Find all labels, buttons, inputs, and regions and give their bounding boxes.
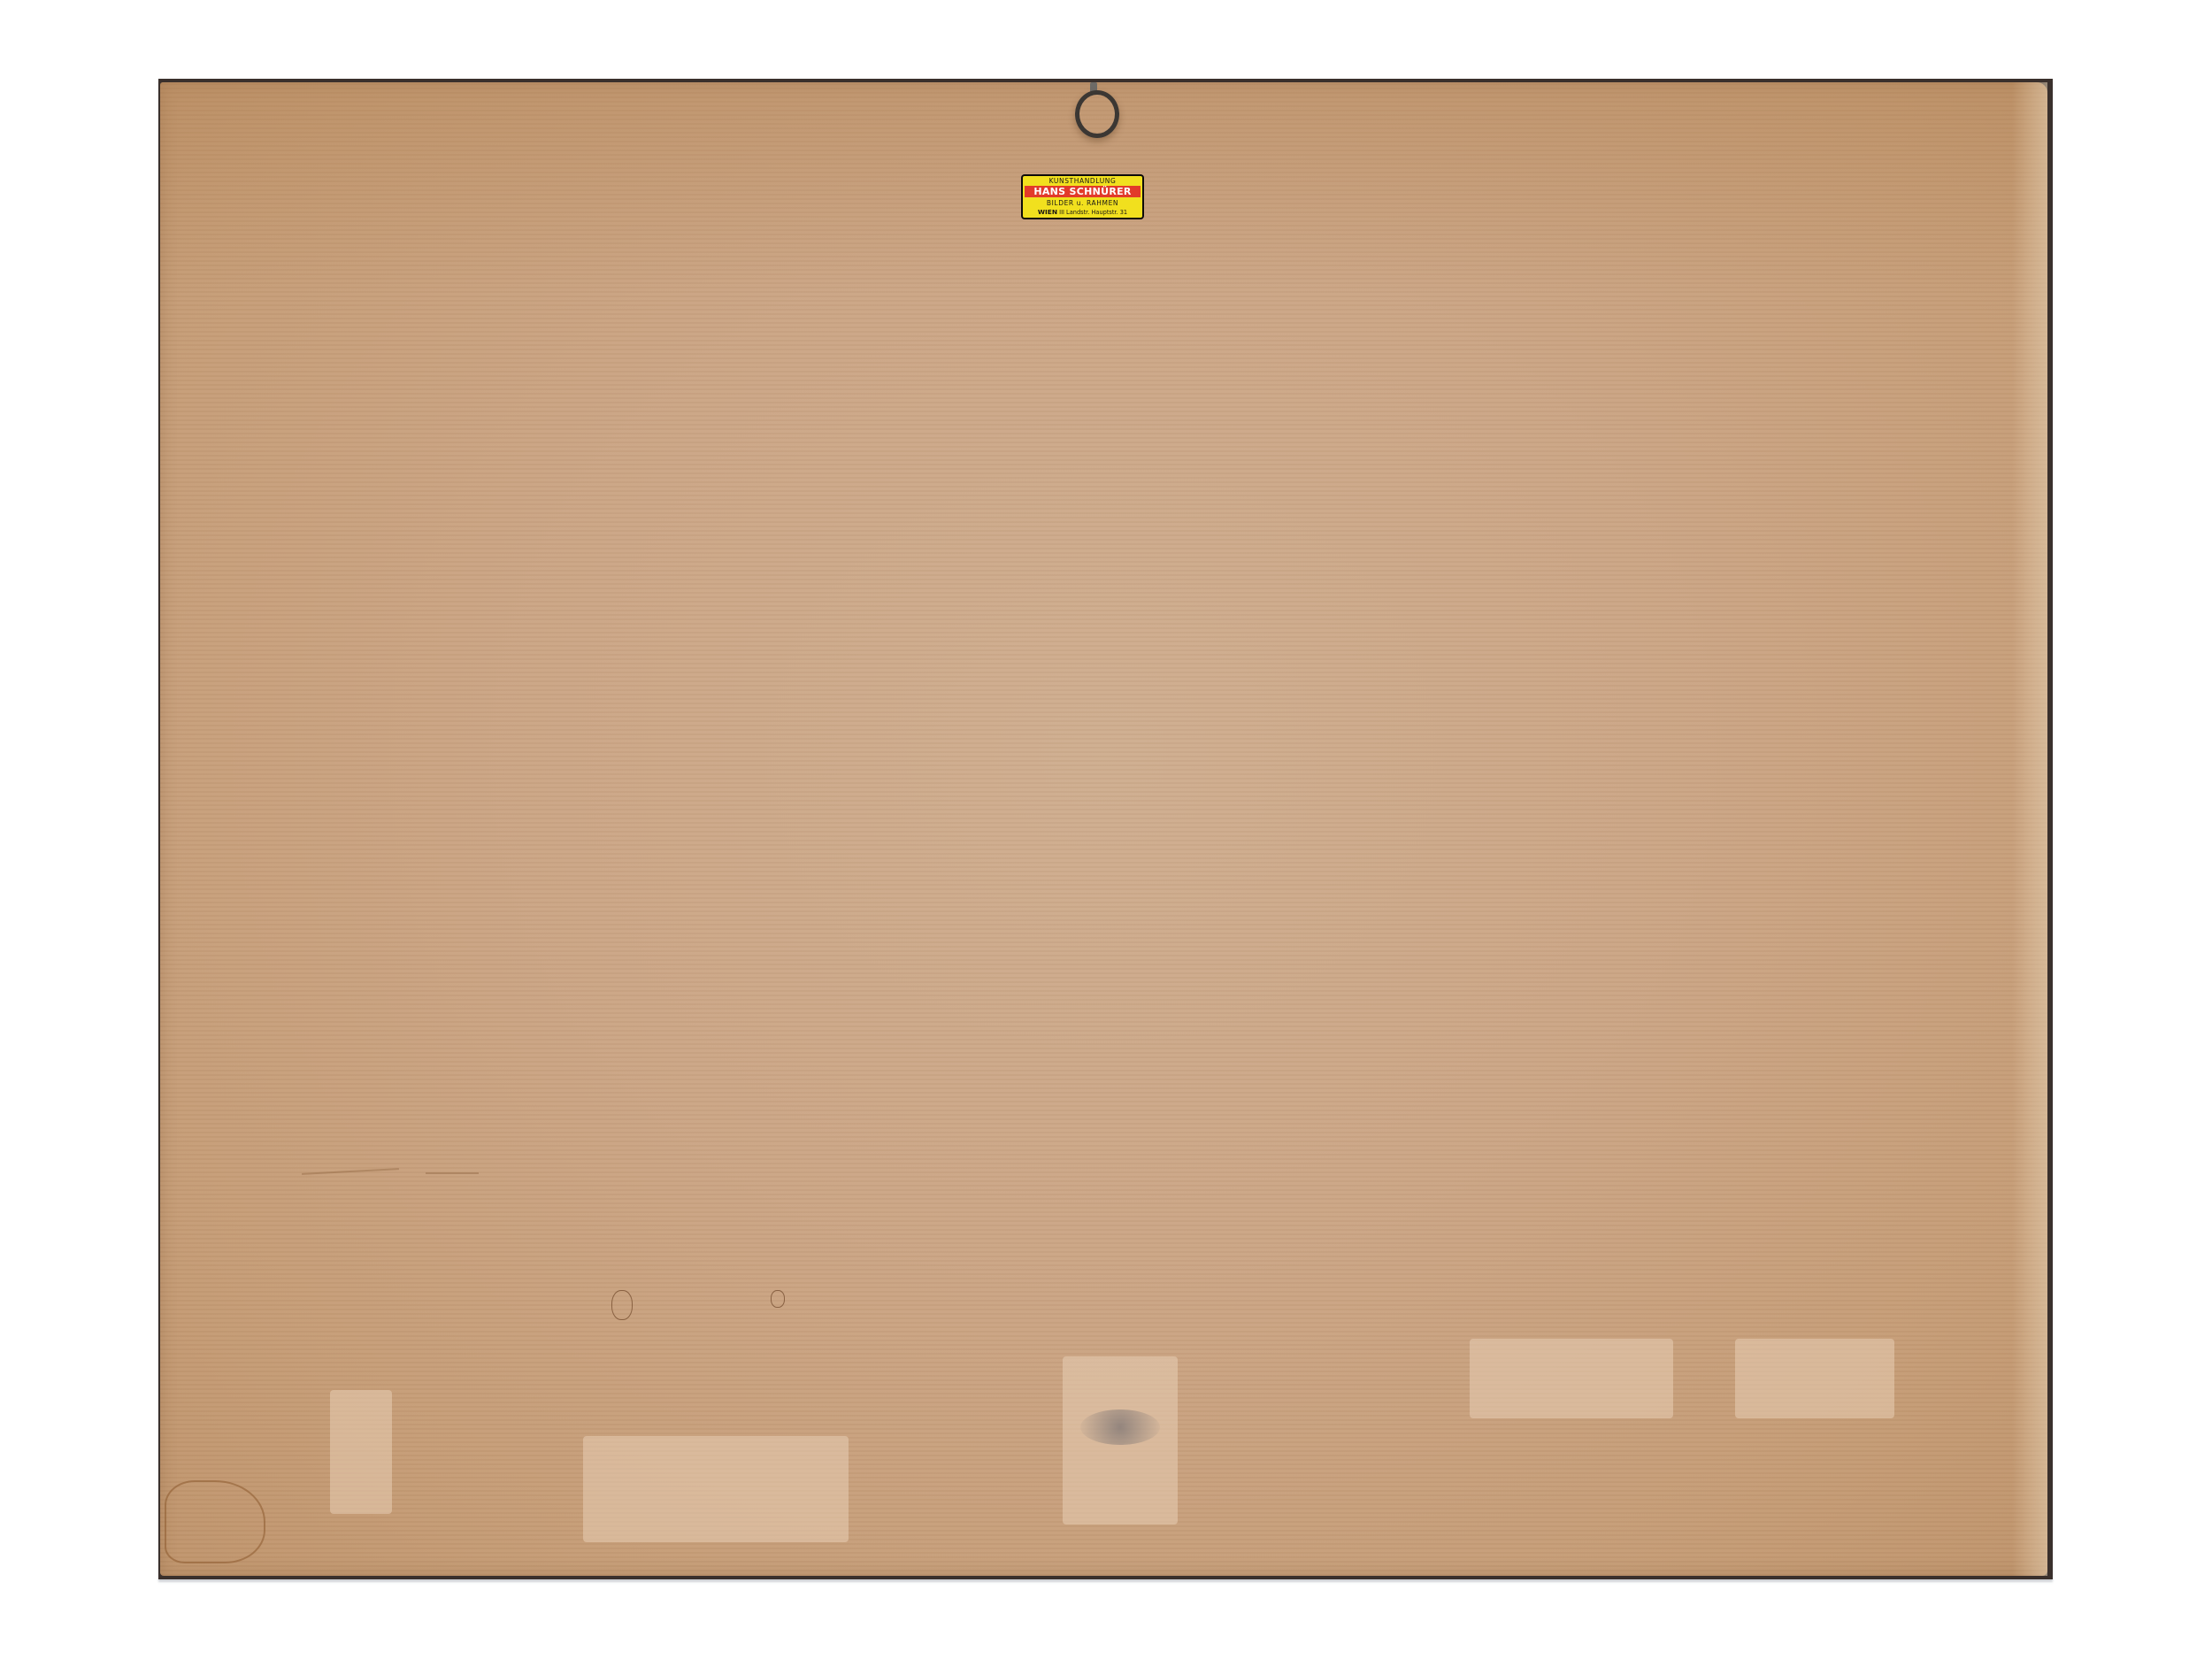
crease-line (302, 1168, 399, 1175)
label-line-address: WIEN III Landstr. Hauptstr. 31 (1038, 208, 1127, 217)
grey-smudge (1080, 1409, 1160, 1445)
tape-residue-patch (1470, 1339, 1673, 1418)
tape-residue-patch (583, 1436, 849, 1542)
label-city: WIEN (1038, 208, 1057, 216)
tape-residue-patch (330, 1390, 392, 1514)
label-street: III Landstr. Hauptstr. 31 (1059, 209, 1127, 216)
cardboard-backing: KUNSTHANDLUNG HANS SCHNÜRER BILDER u. RA… (160, 82, 2047, 1576)
picture-frame: KUNSTHANDLUNG HANS SCHNÜRER BILDER u. RA… (158, 79, 2053, 1579)
glue-stain (771, 1290, 785, 1308)
water-stain (165, 1480, 265, 1563)
label-line-dealer-name: HANS SCHNÜRER (1025, 186, 1141, 197)
tape-residue-patch (1735, 1339, 1894, 1418)
glue-stain (611, 1290, 633, 1320)
label-line-bilder-rahmen: BILDER u. RAHMEN (1047, 199, 1118, 207)
crease-line (426, 1172, 479, 1174)
hanging-ring-icon (1075, 90, 1119, 138)
art-dealer-label: KUNSTHANDLUNG HANS SCHNÜRER BILDER u. RA… (1021, 174, 1144, 219)
label-line-kunsthandlung: KUNSTHANDLUNG (1049, 177, 1117, 185)
